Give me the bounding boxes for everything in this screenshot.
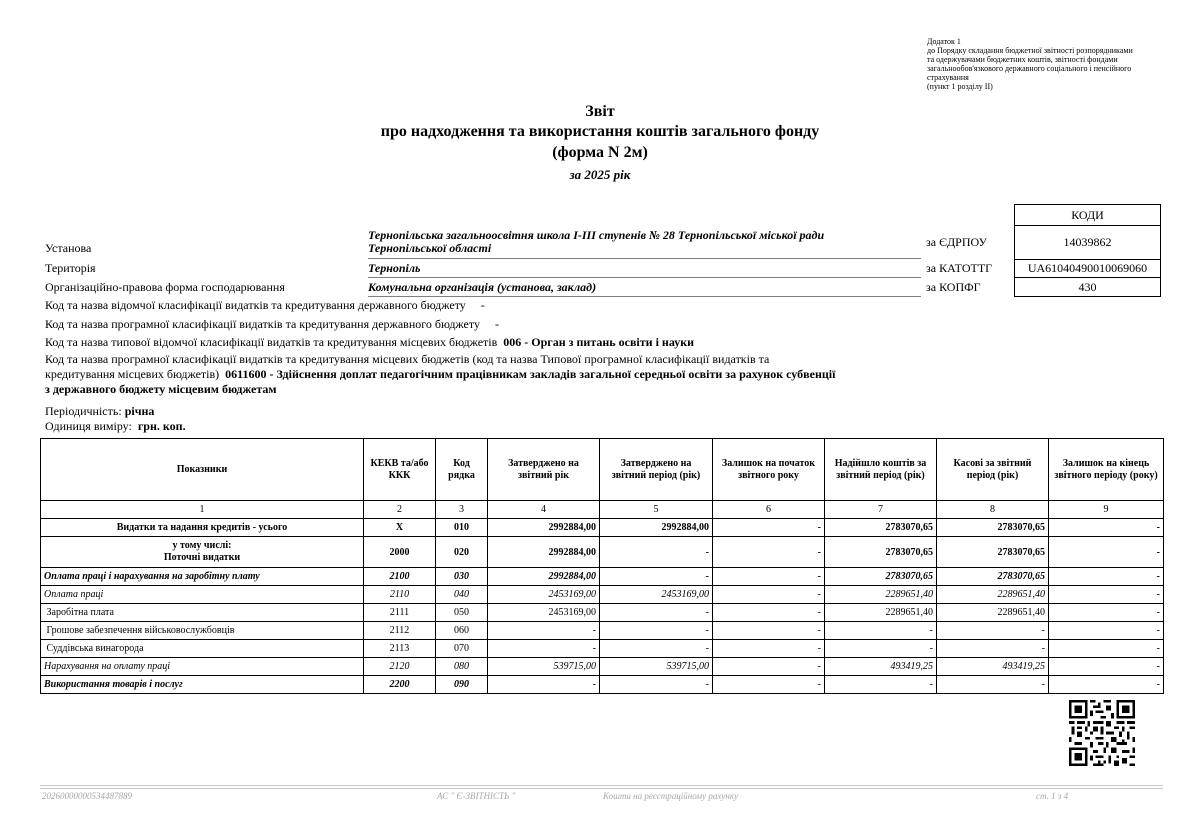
row-balance-end: - (1049, 568, 1164, 586)
column-number: 8 (937, 501, 1049, 519)
row-approved-year: 2992884,00 (488, 537, 600, 568)
row-kekv: 2111 (364, 604, 436, 622)
table-row: Нарахування на оплату праці 2120 080 539… (41, 658, 1164, 676)
appendix-line: та одержувачами бюджетних коштів, звітно… (927, 55, 1167, 64)
row-received: - (825, 676, 937, 694)
org-form-label: Організаційно-правова форма господарюван… (45, 280, 285, 295)
appendix-line: загальнообов'язкового державного соціаль… (927, 64, 1167, 73)
row-approved-period: - (600, 604, 713, 622)
row-name: Оплата праці і нарахування на заробітну … (41, 568, 364, 586)
appendix-line: Додаток 1 (927, 37, 1167, 46)
row-received: - (825, 622, 937, 640)
header-indicators: Показники (41, 439, 364, 501)
prog-local-label-line-2: кредитування місцевих бюджетів) (45, 367, 219, 381)
row-code: 090 (436, 676, 488, 694)
row-cash-expenses: - (937, 622, 1049, 640)
row-approved-period: 539715,00 (600, 658, 713, 676)
appendix-line: страхування (927, 73, 1167, 82)
column-number: 9 (1049, 501, 1164, 519)
row-name: Видатки та надання кредитів - усього (41, 519, 364, 537)
row-kekv: 2120 (364, 658, 436, 676)
row-kekv: 2110 (364, 586, 436, 604)
territory-label: Територія (45, 261, 96, 276)
row-kekv: 2113 (364, 640, 436, 658)
periodicity-label: Періодичність: (45, 404, 122, 418)
row-approved-year: 2992884,00 (488, 519, 600, 537)
row-kekv: X (364, 519, 436, 537)
row-approved-year: - (488, 676, 600, 694)
row-cash-expenses: 2289651,40 (937, 604, 1049, 622)
row-balance-end: - (1049, 537, 1164, 568)
row-balance-start: - (713, 622, 825, 640)
row-balance-end: - (1049, 640, 1164, 658)
katottg-code: UA61040490010069060 (1015, 260, 1161, 278)
header-approved-period: Затверджено на звітний період (рік) (600, 439, 713, 501)
column-number: 1 (41, 501, 364, 519)
appendix-line: до Порядку складання бюджетної звітності… (927, 46, 1167, 55)
row-kekv: 2112 (364, 622, 436, 640)
column-number: 2 (364, 501, 436, 519)
row-code: 080 (436, 658, 488, 676)
row-approved-period: - (600, 537, 713, 568)
row-name: Суддівська винагорода (41, 640, 364, 658)
row-cash-expenses: 2783070,65 (937, 519, 1049, 537)
table-row: Суддівська винагорода 2113 070 - - - - -… (41, 640, 1164, 658)
edrpou-label: за ЄДРПОУ (926, 235, 987, 250)
table-row: Використання товарів і послуг 2200 090 -… (41, 676, 1164, 694)
row-code: 020 (436, 537, 488, 568)
typ-dept-local-classification: Код та назва типової відомчої класифікац… (45, 335, 694, 350)
row-code: 040 (436, 586, 488, 604)
row-code: 030 (436, 568, 488, 586)
institution-value: Тернопільська загальноосвітня школа І-ІІ… (368, 229, 921, 259)
row-cash-expenses: 2783070,65 (937, 568, 1049, 586)
header-balance-start: Залишок на початок звітного року (713, 439, 825, 501)
periodicity-value: річна (125, 404, 155, 418)
unit-of-measure: Одиниця виміру: грн. коп. (45, 419, 186, 434)
row-name: Нарахування на оплату праці (41, 658, 364, 676)
table-row: Заробітна плата 2111 050 2453169,00 - - … (41, 604, 1164, 622)
institution-label: Установа (45, 241, 91, 256)
prog-local-value-line-1: 0611600 - Здійснення доплат педагогічним… (225, 367, 835, 381)
row-balance-start: - (713, 604, 825, 622)
table-row: Видатки та надання кредитів - усього X 0… (41, 519, 1164, 537)
footer-page-number: ст. 1 з 4 (1036, 791, 1068, 801)
codes-table: КОДИ 14039862 UA61040490010069060 430 (1014, 204, 1161, 297)
row-received: 2783070,65 (825, 537, 937, 568)
institution-value-line-2: Тернопільської області (368, 242, 921, 255)
row-balance-start: - (713, 519, 825, 537)
row-approved-period: - (600, 568, 713, 586)
row-balance-start: - (713, 568, 825, 586)
row-balance-end: - (1049, 519, 1164, 537)
header-kekv: КЕКВ та/або ККК (364, 439, 436, 501)
edrpou-code: 14039862 (1015, 226, 1161, 260)
column-number: 3 (436, 501, 488, 519)
footer-doc-id: 20260000000534487889 (42, 791, 132, 801)
row-balance-start: - (713, 640, 825, 658)
dept-state-label: Код та назва відомчої класифікації видат… (45, 298, 466, 312)
row-approved-period: - (600, 676, 713, 694)
footer-system: АС " Є-ЗВІТНІСТЬ " (437, 791, 515, 801)
report-period: за 2025 рік (300, 164, 900, 186)
row-code: 060 (436, 622, 488, 640)
title-line-3: (форма N 2м) (300, 142, 900, 163)
row-cash-expenses: - (937, 640, 1049, 658)
column-number: 7 (825, 501, 937, 519)
header-balance-end: Залишок на кінець звітного періоду (року… (1049, 439, 1164, 501)
row-name: у тому числі: Поточні видатки (41, 537, 364, 568)
report-title: Звіт про надходження та використання кош… (300, 102, 900, 186)
appendix-line: (пункт 1 розділу II) (927, 82, 1167, 91)
table-row: Грошове забезпечення військовослужбовців… (41, 622, 1164, 640)
org-form-value: Комунальна організація (установа, заклад… (368, 281, 921, 297)
row-kekv: 2200 (364, 676, 436, 694)
header-cash-expenses: Касові за звітний період (рік) (937, 439, 1049, 501)
dept-state-value: - (481, 298, 485, 312)
territory-value: Тернопіль (368, 262, 921, 278)
row-approved-period: 2453169,00 (600, 586, 713, 604)
column-number: 5 (600, 501, 713, 519)
row-balance-end: - (1049, 586, 1164, 604)
row-approved-period: - (600, 622, 713, 640)
row-received: 2783070,65 (825, 519, 937, 537)
row-balance-end: - (1049, 676, 1164, 694)
row-balance-end: - (1049, 622, 1164, 640)
periodicity: Періодичність: річна (45, 404, 154, 419)
row-approved-year: - (488, 640, 600, 658)
row-code: 010 (436, 519, 488, 537)
row-code: 050 (436, 604, 488, 622)
row-approved-year: 2453169,00 (488, 604, 600, 622)
header-received: Надійшло коштів за звітний період (рік) (825, 439, 937, 501)
title-line-1: Звіт (300, 102, 900, 122)
row-received: - (825, 640, 937, 658)
row-approved-year: - (488, 622, 600, 640)
codes-header: КОДИ (1015, 205, 1161, 226)
kopfg-label: за КОПФГ (926, 280, 981, 295)
prog-local-classification: Код та назва програмної класифікації вид… (45, 352, 925, 397)
kopfg-code: 430 (1015, 278, 1161, 297)
prog-local-value-line-2: з державного бюджету місцевим бюджетам (45, 382, 277, 396)
row-received: 2783070,65 (825, 568, 937, 586)
row-cash-expenses: - (937, 676, 1049, 694)
footer-account-type: Кошти на реєстраційному рахунку (603, 791, 738, 801)
row-cash-expenses: 2289651,40 (937, 586, 1049, 604)
row-name-line-2: Поточні видатки (44, 552, 360, 564)
column-number: 4 (488, 501, 600, 519)
row-name: Використання товарів і послуг (41, 676, 364, 694)
footer-divider (40, 785, 1163, 786)
row-approved-year: 539715,00 (488, 658, 600, 676)
title-line-2: про надходження та використання коштів з… (300, 122, 900, 142)
row-approved-period: 2992884,00 (600, 519, 713, 537)
row-name: Грошове забезпечення військовослужбовців (41, 622, 364, 640)
row-cash-expenses: 493419,25 (937, 658, 1049, 676)
column-number: 6 (713, 501, 825, 519)
row-name: Заробітна плата (41, 604, 364, 622)
header-row-code: Код рядка (436, 439, 488, 501)
row-kekv: 2100 (364, 568, 436, 586)
qr-code-icon (1069, 700, 1135, 766)
appendix-note: Додаток 1 до Порядку складання бюджетної… (927, 37, 1167, 91)
row-balance-start: - (713, 676, 825, 694)
table-row: Оплата праці 2110 040 2453169,00 2453169… (41, 586, 1164, 604)
row-received: 2289651,40 (825, 586, 937, 604)
row-received: 493419,25 (825, 658, 937, 676)
row-received: 2289651,40 (825, 604, 937, 622)
row-approved-period: - (600, 640, 713, 658)
dept-state-classification: Код та назва відомчої класифікації видат… (45, 298, 485, 313)
row-code: 070 (436, 640, 488, 658)
row-balance-start: - (713, 586, 825, 604)
row-cash-expenses: 2783070,65 (937, 537, 1049, 568)
footer-divider (40, 788, 1163, 789)
row-name-line-1: у тому числі: (44, 540, 360, 552)
row-name-text: Грошове забезпечення військовослужбовців (47, 625, 235, 636)
typ-dept-local-value: 006 - Орган з питань освіти і науки (503, 335, 694, 349)
row-balance-end: - (1049, 604, 1164, 622)
unit-label: Одиниця виміру: (45, 419, 132, 433)
prog-local-label-line-1: Код та назва програмної класифікації вид… (45, 352, 925, 367)
row-approved-year: 2992884,00 (488, 568, 600, 586)
report-table: Показники КЕКВ та/або ККК Код рядка Затв… (40, 438, 1164, 694)
table-row: у тому числі: Поточні видатки 2000 020 2… (41, 537, 1164, 568)
header-approved-year: Затверджено на звітний рік (488, 439, 600, 501)
unit-value: грн. коп. (138, 419, 186, 433)
row-balance-start: - (713, 537, 825, 568)
katottg-label: за КАТОТТГ (926, 261, 992, 276)
row-approved-year: 2453169,00 (488, 586, 600, 604)
row-name: Оплата праці (41, 586, 364, 604)
prog-state-classification: Код та назва програмної класифікації вид… (45, 317, 499, 332)
table-row: Оплата праці і нарахування на заробітну … (41, 568, 1164, 586)
row-kekv: 2000 (364, 537, 436, 568)
typ-dept-local-label: Код та назва типової відомчої класифікац… (45, 335, 497, 349)
row-balance-start: - (713, 658, 825, 676)
prog-state-label: Код та назва програмної класифікації вид… (45, 317, 480, 331)
prog-state-value: - (495, 317, 499, 331)
row-name-text: Заробітна плата (47, 607, 114, 618)
row-name-text: Суддівська винагорода (47, 643, 144, 654)
row-balance-end: - (1049, 658, 1164, 676)
